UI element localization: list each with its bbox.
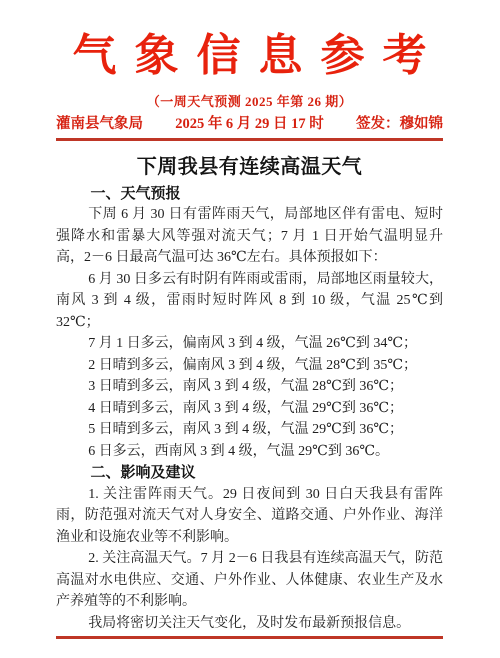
forecast-line-jul2: 2 日晴到多云，偏南风 3 到 4 级，气温 28℃到 35℃； xyxy=(56,355,443,377)
signer-name: 签发：穆如锦 xyxy=(356,115,443,134)
masthead-title: 气象信息参考 xyxy=(56,32,461,80)
agency-name: 灌南县气象局 xyxy=(56,115,143,134)
weather-bulletin-page: 气象信息参考 （一周天气预测 2025 年第 26 期） 灌南县气象局 2025… xyxy=(0,0,500,658)
forecast-line-jun30: 6 月 30 日多云有时阴有阵雨或雷雨，局部地区雨量较大，南风 3 到 4 级，… xyxy=(56,269,443,334)
header-rule xyxy=(56,138,443,141)
forecast-intro-paragraph: 下周 6 月 30 日有雷阵雨天气，局部地区伴有雷电、短时强降水和雷暴大风等强对… xyxy=(56,204,443,269)
forecast-line-jul1: 7 月 1 日多云，偏南风 3 到 4 级，气温 26℃到 34℃； xyxy=(56,333,443,355)
header-meta-row: 灌南县气象局 2025 年 6 月 29 日 17 时 签发：穆如锦 xyxy=(56,115,443,134)
section-2-heading: 二、影响及建议 xyxy=(56,462,443,484)
letterhead: 气象信息参考 （一周天气预测 2025 年第 26 期） 灌南县气象局 2025… xyxy=(56,32,443,141)
forecast-line-jul5: 5 日晴到多云，南风 3 到 4 级，气温 29℃到 36℃； xyxy=(56,419,443,441)
forecast-line-jul4: 4 日晴到多云，南风 3 到 4 级，气温 29℃到 36℃； xyxy=(56,398,443,420)
forecast-line-jul6: 6 日多云，西南风 3 到 4 级，气温 29℃到 36℃。 xyxy=(56,441,443,463)
section-1-heading: 一、天气预报 xyxy=(56,183,443,205)
advice-paragraph-heat: 2. 关注高温天气。7 月 2－6 日我县有连续高温天气，防范高温对水电供应、交… xyxy=(56,548,443,613)
document-title: 下周我县有连续高温天气 xyxy=(56,154,443,180)
issue-datetime: 2025 年 6 月 29 日 17 时 xyxy=(175,115,324,134)
document-body: 下周我县有连续高温天气 一、天气预报 下周 6 月 30 日有雷阵雨天气，局部地… xyxy=(56,154,443,639)
issue-line: （一周天气预测 2025 年第 26 期） xyxy=(56,93,443,110)
forecast-line-jul3: 3 日晴到多云，南风 3 到 4 级，气温 28℃到 36℃； xyxy=(56,376,443,398)
advice-paragraph-thunderstorm: 1. 关注雷阵雨天气。29 日夜间到 30 日白天我县有雷阵雨，防范强对流天气对… xyxy=(56,484,443,549)
closing-line: 我局将密切关注天气变化，及时发布最新预报信息。 xyxy=(56,613,443,635)
footer-rule xyxy=(56,636,443,639)
